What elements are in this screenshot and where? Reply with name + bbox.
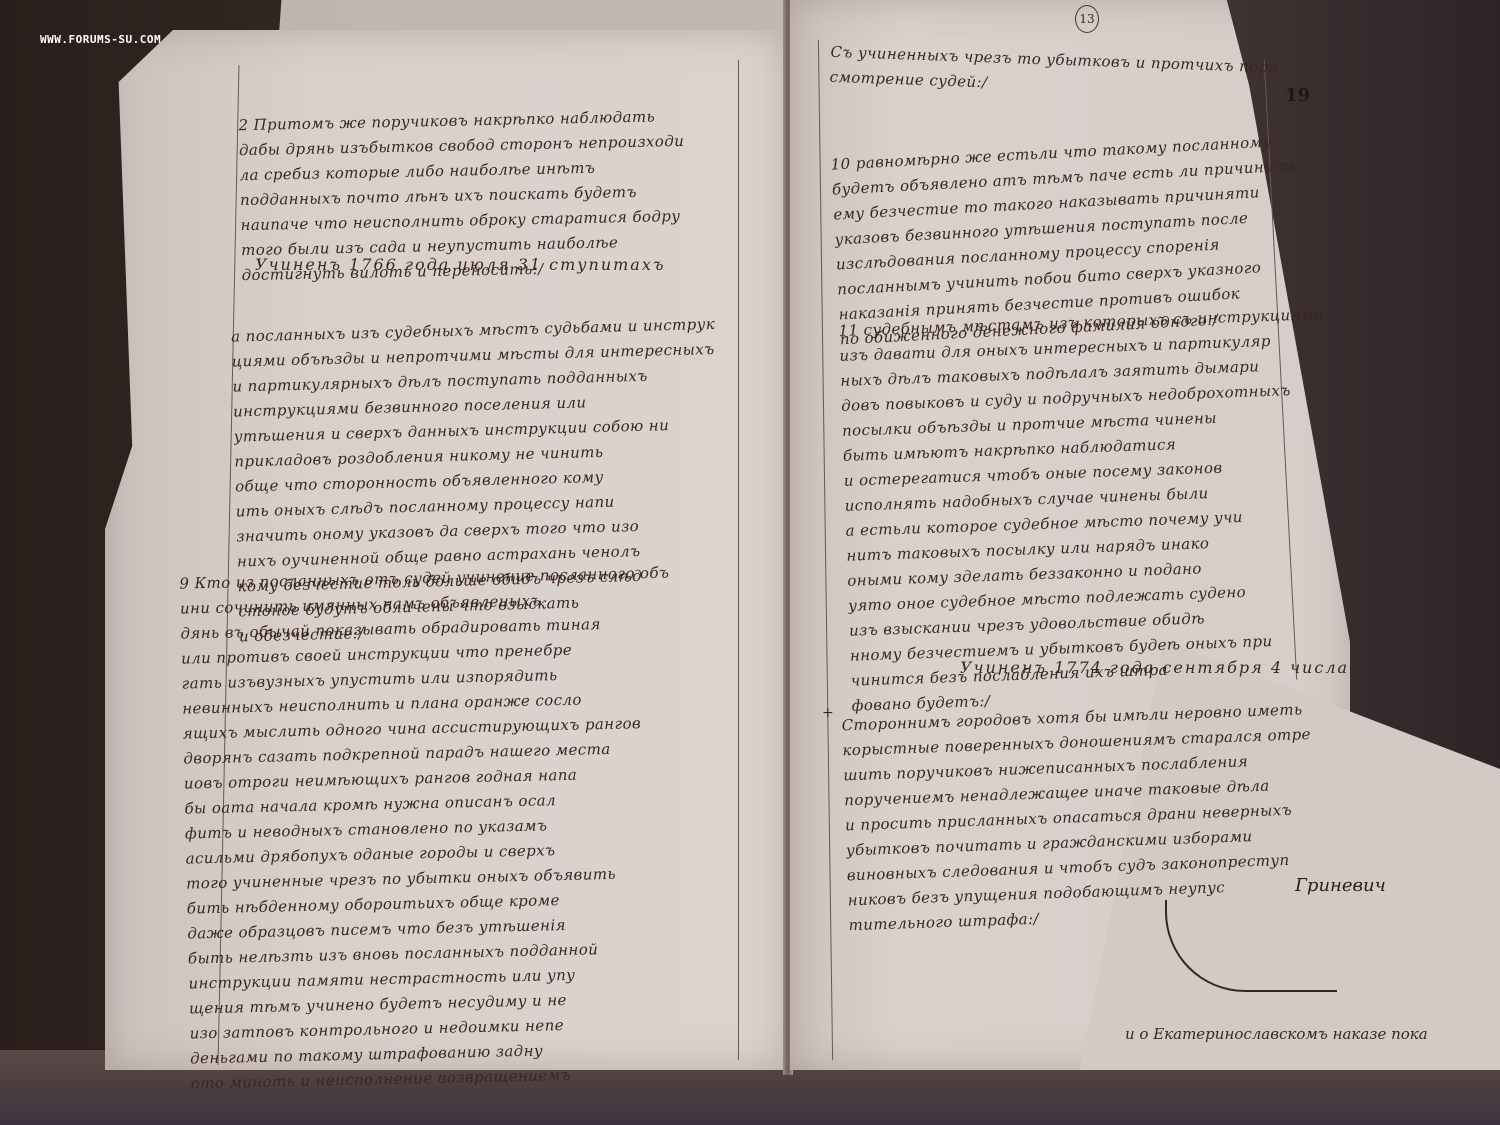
right-heading-date: Учиненъ 1774 года сентября 4 числа — [960, 658, 1349, 677]
right-paragraph-11: 11 судебнымъ мѣстамъ изъ которыхъ съ инс… — [838, 301, 1357, 718]
signature: Гриневич — [1295, 875, 1386, 896]
left-paragraph-9: 9 Кто из посланныхъ отъ судей учинение п… — [179, 558, 771, 1096]
watermark: WWW.FORUMS-SU.COM — [40, 33, 161, 46]
bottom-note: и о Екатеринославскомъ наказе пока — [1125, 1025, 1428, 1043]
left-heading-date: Учиненъ 1766 года июля 31 ступитахъ — [255, 255, 666, 274]
cross-mark: + — [822, 705, 834, 721]
archive-number-circled: 13 — [1075, 5, 1099, 33]
